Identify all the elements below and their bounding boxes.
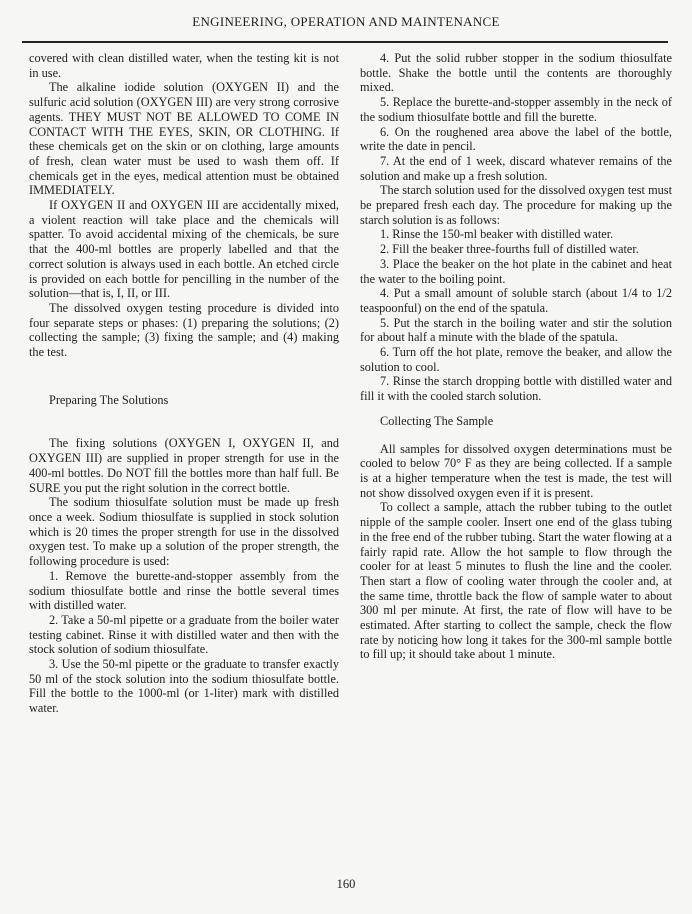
procedure-step: 4. Put the solid rubber stopper in the s… xyxy=(360,51,672,95)
running-header: ENGINEERING, OPERATION AND MAINTENANCE xyxy=(0,14,692,30)
procedure-step: 1. Rinse the 150-ml beaker with distille… xyxy=(360,227,672,242)
paragraph: To collect a sample, attach the rubber t… xyxy=(360,500,672,662)
paragraph: The sodium thiosulfate solution must be … xyxy=(29,495,339,569)
document-page: ENGINEERING, OPERATION AND MAINTENANCE c… xyxy=(0,0,692,914)
procedure-step: 5. Put the starch in the boiling water a… xyxy=(360,316,672,345)
procedure-step: 6. Turn off the hot plate, remove the be… xyxy=(360,345,672,374)
page-number: 160 xyxy=(0,877,692,892)
paragraph: covered with clean distilled water, when… xyxy=(29,51,339,80)
procedure-step: 1. Remove the burette-and-stopper assemb… xyxy=(29,569,339,613)
left-column: covered with clean distilled water, when… xyxy=(29,51,339,716)
procedure-step: 7. At the end of 1 week, discard whateve… xyxy=(360,154,672,183)
procedure-step: 3. Place the beaker on the hot plate in … xyxy=(360,257,672,286)
section-heading-collecting-sample: Collecting The Sample xyxy=(360,414,672,429)
paragraph: If OXYGEN II and OXYGEN III are accident… xyxy=(29,198,339,301)
paragraph: The starch solution used for the dissolv… xyxy=(360,183,672,227)
procedure-step: 4. Put a small amount of soluble starch … xyxy=(360,286,672,315)
procedure-step: 2. Take a 50-ml pipette or a graduate fr… xyxy=(29,613,339,657)
paragraph: The fixing solutions (OXYGEN I, OXYGEN I… xyxy=(29,436,339,495)
right-column: 4. Put the solid rubber stopper in the s… xyxy=(360,51,672,662)
section-heading-preparing-solutions: Preparing The Solutions xyxy=(29,393,339,408)
procedure-step: 7. Rinse the starch dropping bottle with… xyxy=(360,374,672,403)
paragraph: The alkaline iodide solution (OXYGEN II)… xyxy=(29,80,339,198)
procedure-step: 2. Fill the beaker three-fourths full of… xyxy=(360,242,672,257)
paragraph: The dissolved oxygen testing procedure i… xyxy=(29,301,339,360)
procedure-step: 3. Use the 50-ml pipette or the graduate… xyxy=(29,657,339,716)
header-rule xyxy=(22,41,668,43)
paragraph: All samples for dissolved oxygen determi… xyxy=(360,442,672,501)
procedure-step: 5. Replace the burette-and-stopper assem… xyxy=(360,95,672,124)
procedure-step: 6. On the roughened area above the label… xyxy=(360,125,672,154)
